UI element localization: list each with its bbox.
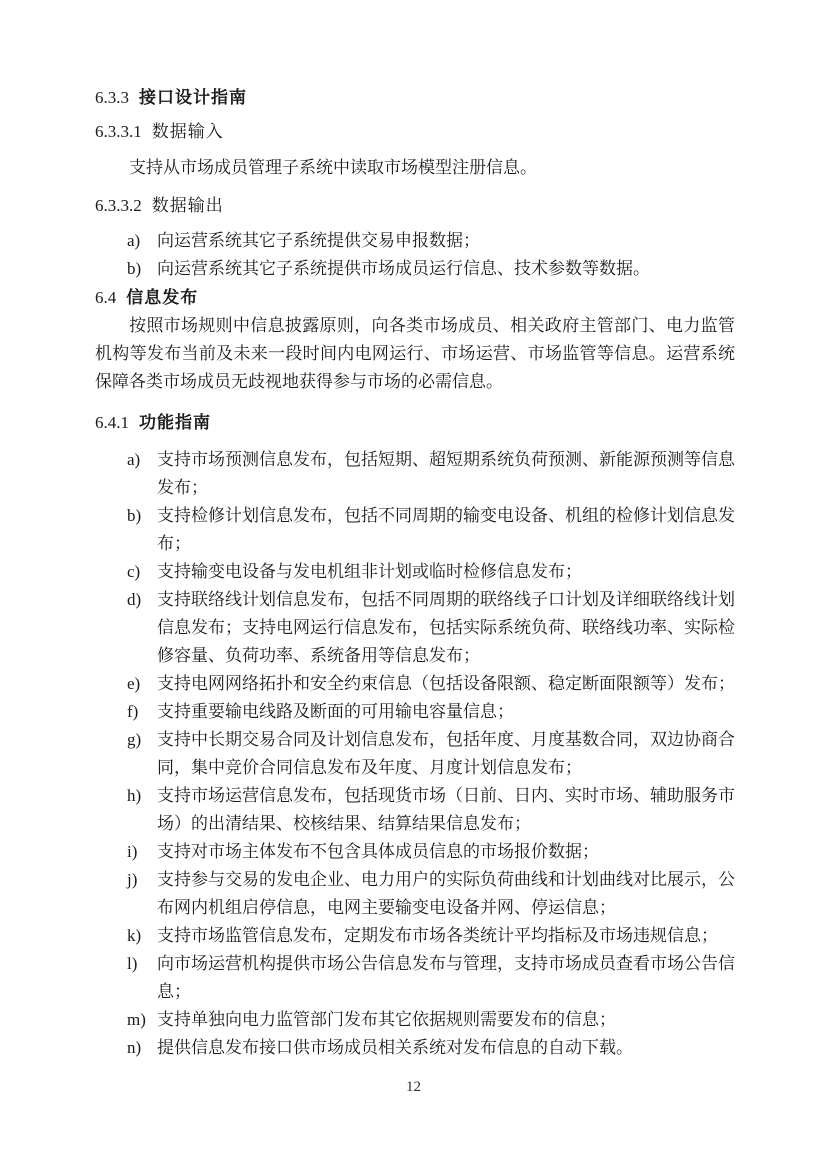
- list-item-label: m): [127, 1006, 146, 1034]
- list-item: b)支持检修计划信息发布，包括不同周期的输变电设备、机组的检修计划信息发布；: [95, 502, 735, 558]
- list-item-label: b): [127, 502, 141, 530]
- list-item-text: 支持单独向电力监管部门发布其它依据规则需要发布的信息；: [157, 1010, 616, 1029]
- data-output-list: a)向运营系统其它子系统提供交易申报数据； b)向运营系统其它子系统提供市场成员…: [95, 227, 735, 283]
- list-item-text: 支持市场运营信息发布，包括现货市场（日前、日内、实时市场、辅助服务市场）的出清结…: [157, 786, 735, 833]
- page-number: 12: [0, 1076, 827, 1098]
- list-item: m)支持单独向电力监管部门发布其它依据规则需要发布的信息；: [95, 1006, 735, 1034]
- heading-title: 接口设计指南: [139, 88, 247, 107]
- list-item-label: b): [127, 255, 141, 283]
- list-item-label: c): [127, 558, 140, 586]
- list-item: j)支持参与交易的发电企业、电力用户的实际负荷曲线和计划曲线对比展示，公布网内机…: [95, 866, 735, 922]
- list-item: k)支持市场监管信息发布，定期发布市场各类统计平均指标及市场违规信息；: [95, 922, 735, 950]
- list-item-text: 支持检修计划信息发布，包括不同周期的输变电设备、机组的检修计划信息发布；: [157, 506, 735, 553]
- paragraph-info-release: 按照市场规则中信息披露原则，向各类市场成员、相关政府主管部门、电力监管机构等发布…: [95, 312, 735, 396]
- list-item-text: 支持输变电设备与发电机组非计划或临时检修信息发布；: [157, 562, 582, 581]
- list-item: e)支持电网网络拓扑和安全约束信息（包括设备限额、稳定断面限额等）发布；: [95, 670, 735, 698]
- heading-number: 6.3.3.2: [95, 196, 142, 215]
- list-item-text: 支持市场监管信息发布，定期发布市场各类统计平均指标及市场违规信息；: [157, 926, 718, 945]
- document-page: 6.3.3接口设计指南 6.3.3.1数据输入 支持从市场成员管理子系统中读取市…: [0, 0, 827, 1169]
- list-item: c)支持输变电设备与发电机组非计划或临时检修信息发布；: [95, 558, 735, 586]
- section-heading-6-4-1: 6.4.1功能指南: [95, 409, 735, 437]
- list-item: n)提供信息发布接口供市场成员相关系统对发布信息的自动下载。: [95, 1034, 735, 1062]
- list-item-label: g): [127, 726, 141, 754]
- page-content: 6.3.3接口设计指南 6.3.3.1数据输入 支持从市场成员管理子系统中读取市…: [95, 84, 735, 1062]
- list-item-text: 支持对市场主体发布不包含具体成员信息的市场报价数据；: [157, 842, 599, 861]
- list-item-text: 向运营系统其它子系统提供交易申报数据；: [157, 231, 480, 250]
- list-item: g)支持中长期交易合同及计划信息发布，包括年度、月度基数合同，双边协商合同，集中…: [95, 726, 735, 782]
- list-item: a)支持市场预测信息发布，包括短期、超短期系统负荷预测、新能源预测等信息发布；: [95, 446, 735, 502]
- list-item-label: a): [127, 446, 140, 474]
- section-heading-6-3-3-1: 6.3.3.1数据输入: [95, 118, 735, 146]
- list-item-text: 支持市场预测信息发布，包括短期、超短期系统负荷预测、新能源预测等信息发布；: [157, 450, 735, 497]
- heading-number: 6.4.1: [95, 413, 129, 432]
- heading-title: 数据输出: [152, 196, 224, 215]
- paragraph-data-input: 支持从市场成员管理子系统中读取市场模型注册信息。: [95, 154, 735, 182]
- list-item-label: e): [127, 670, 140, 698]
- list-item-label: l): [127, 950, 137, 978]
- list-item-text: 支持参与交易的发电企业、电力用户的实际负荷曲线和计划曲线对比展示，公布网内机组启…: [157, 870, 735, 917]
- list-item-label: k): [127, 922, 141, 950]
- list-item-text: 提供信息发布接口供市场成员相关系统对发布信息的自动下载。: [157, 1038, 633, 1057]
- heading-title: 数据输入: [152, 122, 224, 141]
- function-guide-list: a)支持市场预测信息发布，包括短期、超短期系统负荷预测、新能源预测等信息发布； …: [95, 446, 735, 1062]
- list-item-text: 向运营系统其它子系统提供市场成员运行信息、技术参数等数据。: [157, 259, 650, 278]
- heading-number: 6.3.3.1: [95, 122, 142, 141]
- heading-number: 6.4: [95, 288, 116, 307]
- list-item-label: f): [127, 698, 138, 726]
- list-item-label: d): [127, 586, 141, 614]
- list-item-label: h): [127, 782, 141, 810]
- heading-title: 信息发布: [126, 288, 198, 307]
- list-item: a)向运营系统其它子系统提供交易申报数据；: [95, 227, 735, 255]
- list-item-label: a): [127, 227, 140, 255]
- list-item-label: n): [127, 1034, 141, 1062]
- heading-number: 6.3.3: [95, 88, 129, 107]
- list-item-text: 支持中长期交易合同及计划信息发布，包括年度、月度基数合同，双边协商合同，集中竞价…: [157, 730, 735, 777]
- section-heading-6-3-3-2: 6.3.3.2数据输出: [95, 192, 735, 220]
- section-heading-6-3-3: 6.3.3接口设计指南: [95, 84, 735, 112]
- list-item-label: i): [127, 838, 137, 866]
- section-heading-6-4: 6.4信息发布: [95, 284, 735, 312]
- list-item: b)向运营系统其它子系统提供市场成员运行信息、技术参数等数据。: [95, 255, 735, 283]
- list-item-label: j): [127, 866, 137, 894]
- list-item: d)支持联络线计划信息发布，包括不同周期的联络线子口计划及详细联络线计划信息发布…: [95, 586, 735, 670]
- heading-title: 功能指南: [139, 413, 211, 432]
- list-item: f)支持重要输电线路及断面的可用输电容量信息；: [95, 698, 735, 726]
- list-item-text: 支持重要输电线路及断面的可用输电容量信息；: [157, 702, 514, 721]
- list-item: i)支持对市场主体发布不包含具体成员信息的市场报价数据；: [95, 838, 735, 866]
- list-item: h)支持市场运营信息发布，包括现货市场（日前、日内、实时市场、辅助服务市场）的出…: [95, 782, 735, 838]
- list-item-text: 支持电网网络拓扑和安全约束信息（包括设备限额、稳定断面限额等）发布；: [157, 674, 735, 693]
- list-item: l)向市场运营机构提供市场公告信息发布与管理，支持市场成员查看市场公告信息；: [95, 950, 735, 1006]
- list-item-text: 支持联络线计划信息发布，包括不同周期的联络线子口计划及详细联络线计划信息发布；支…: [157, 590, 735, 665]
- list-item-text: 向市场运营机构提供市场公告信息发布与管理，支持市场成员查看市场公告信息；: [157, 954, 735, 1001]
